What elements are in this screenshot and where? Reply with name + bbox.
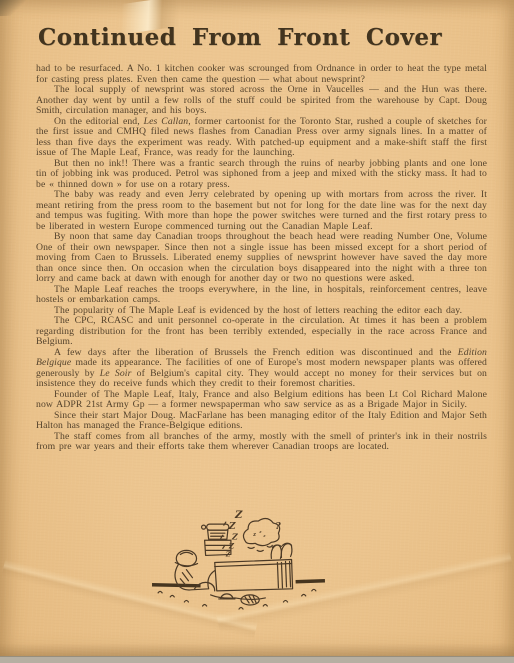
article: had to be resurfaced. A No. 1 kitchen co… bbox=[36, 64, 487, 453]
paragraph: The baby was ready and even Jerry celebr… bbox=[36, 190, 487, 232]
text-run: The baby was ready and even Jerry celebr… bbox=[36, 189, 487, 232]
paragraph: Since their start Major Doug. MacFarlane… bbox=[36, 411, 487, 432]
text-run: The popularity of The Maple Leaf is evid… bbox=[54, 305, 462, 316]
cartoon-container: Z Z Z Z Z z z z ? bbox=[150, 501, 330, 619]
italic-text-run: Les Callan bbox=[144, 116, 189, 127]
text-run: The CPC, RCASC and unit personnel co-ope… bbox=[36, 315, 487, 347]
paragraph: By noon that same day Canadian troops th… bbox=[36, 232, 487, 285]
paragraph: Founder of The Maple Leaf, Italy, France… bbox=[36, 390, 487, 411]
text-run: The local supply of newsprint was stored… bbox=[36, 84, 487, 116]
paragraph: The CPC, RCASC and unit personnel co-ope… bbox=[36, 316, 487, 348]
grass-scribbles bbox=[158, 589, 316, 609]
text-run: Founder of The Maple Leaf, Italy, France… bbox=[36, 389, 487, 411]
svg-text:Z: Z bbox=[225, 551, 231, 558]
text-run: But then no ink!! There was a frantic se… bbox=[36, 158, 487, 190]
italic-text-run: Le Soir bbox=[100, 368, 132, 379]
paragraph: But then no ink!! There was a frantic se… bbox=[36, 159, 487, 191]
text-run: The staff comes from all branches of the… bbox=[36, 431, 487, 453]
snore-zs: Z Z Z Z Z bbox=[221, 510, 243, 558]
paragraph: The local supply of newsprint was stored… bbox=[36, 85, 487, 117]
text-run: Since their start Major Doug. MacFarlane… bbox=[36, 410, 487, 432]
text-run: By noon that same day Canadian troops th… bbox=[36, 231, 487, 284]
scanned-page: Continued From Front Cover had to be res… bbox=[0, 0, 514, 663]
boots-icon bbox=[271, 543, 292, 558]
page-content: Continued From Front Cover had to be res… bbox=[36, 24, 487, 453]
svg-text:Z: Z bbox=[234, 510, 243, 521]
svg-text:z: z bbox=[262, 533, 266, 538]
snore-cloud: z z z ? bbox=[243, 518, 281, 551]
crate bbox=[215, 559, 293, 590]
svg-text:Z: Z bbox=[228, 521, 236, 532]
scan-corner-shadow bbox=[0, 0, 26, 16]
text-run: The Maple Leaf reaches the troops everyw… bbox=[36, 284, 487, 306]
scan-bottom-shadow bbox=[0, 643, 514, 657]
scan-bottom-edge bbox=[0, 656, 514, 663]
text-run: had to be resurfaced. A No. 1 kitchen co… bbox=[36, 63, 487, 85]
svg-text:z: z bbox=[258, 529, 262, 534]
text-run: On the editorial end, bbox=[54, 116, 144, 127]
paragraph: The staff comes from all branches of the… bbox=[36, 432, 487, 453]
paragraph: had to be resurfaced. A No. 1 kitchen co… bbox=[36, 64, 487, 85]
paragraph: On the editorial end, Les Callan, former… bbox=[36, 117, 487, 159]
paragraph: The Maple Leaf reaches the troops everyw… bbox=[36, 285, 487, 306]
svg-text:Z: Z bbox=[231, 531, 239, 541]
page-title: Continued From Front Cover bbox=[38, 24, 487, 51]
text-run: A few days after the liberation of Bruss… bbox=[54, 347, 458, 358]
paragraph: A few days after the liberation of Bruss… bbox=[36, 348, 487, 390]
sleeping-soldier-cartoon: Z Z Z Z Z z z z ? bbox=[150, 501, 330, 619]
svg-text:Z: Z bbox=[228, 541, 235, 550]
svg-text:?: ? bbox=[275, 521, 281, 532]
svg-text:z: z bbox=[252, 532, 256, 538]
